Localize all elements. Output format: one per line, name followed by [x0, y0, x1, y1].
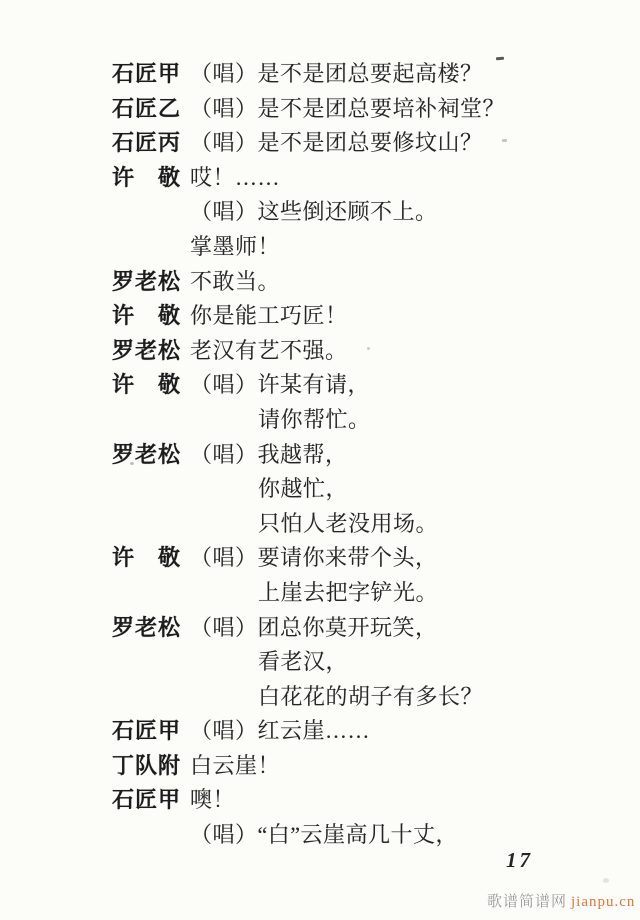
- script-line: 许 敬 你是能工巧匠！: [112, 299, 612, 334]
- dialogue-text: （唱）是不是团总要起高楼？: [190, 57, 483, 92]
- dialogue-text: 白云崖！: [190, 749, 280, 784]
- script-line: 只怕人老没用场。: [112, 507, 612, 542]
- dialogue-text: 上崖去把字铲光。: [190, 576, 438, 611]
- dialogue-text: 你是能工巧匠！: [190, 299, 348, 334]
- scan-artifact: [502, 139, 507, 142]
- page-number: 17: [506, 848, 533, 873]
- script-line: 罗老松 （唱）我越帮，: [112, 438, 612, 473]
- dialogue-text: （唱）许某有请，: [190, 368, 370, 403]
- dialogue-text: 看老汉，: [190, 645, 348, 680]
- speaker-name: 罗老松: [112, 438, 190, 473]
- scan-artifact: [147, 351, 150, 354]
- script-line: 罗老松 （唱）团总你莫开玩笑，: [112, 611, 612, 646]
- watermark: 歌谱简谱网jianpu.cn: [487, 890, 635, 911]
- speaker-name: 许 敬: [112, 299, 190, 334]
- script-line: 看老汉，: [112, 645, 612, 680]
- scan-artifact: [367, 347, 370, 350]
- dialogue-text: （唱）红云崖……: [190, 714, 370, 749]
- script-line: 罗老松 不敢当。: [112, 265, 612, 300]
- dialogue-text: 请你帮忙。: [190, 403, 371, 438]
- watermark-site-name: 歌谱简谱网: [487, 894, 567, 910]
- speaker-name: 罗老松: [112, 265, 190, 300]
- script-line: 石匠甲 （唱）红云崖……: [112, 714, 612, 749]
- dialogue-text: 不敢当。: [190, 265, 280, 300]
- script-line: 石匠丙 （唱）是不是团总要修坟山？: [112, 126, 612, 161]
- speaker-name: 许 敬: [112, 161, 190, 196]
- script-line: 许 敬 哎！……: [112, 161, 612, 196]
- dialogue-text: （唱）要请你来带个头，: [190, 541, 438, 576]
- scan-artifact: [603, 878, 609, 883]
- dialogue-text: 你越忙，: [190, 472, 348, 507]
- script-line: （唱）“白”云崖高几十丈，: [112, 818, 612, 853]
- dialogue-text: （唱）这些倒还顾不上。: [190, 195, 438, 230]
- scan-artifact: [130, 462, 134, 465]
- speaker-name: 许 敬: [112, 368, 190, 403]
- speaker-name: 罗老松: [112, 334, 190, 369]
- script-line: 白花花的胡子有多长？: [112, 680, 612, 715]
- dialogue-text: （唱）团总你莫开玩笑，: [190, 611, 438, 646]
- dialogue-text: 老汉有艺不强。: [190, 334, 348, 369]
- script-body: 石匠甲 （唱）是不是团总要起高楼？ 石匠乙 （唱）是不是团总要培补祠堂？ 石匠丙…: [112, 57, 612, 853]
- speaker-name: 丁队附: [112, 749, 190, 784]
- dialogue-text: （唱）“白”云崖高几十丈，: [190, 818, 458, 853]
- speaker-name: 石匠甲: [112, 783, 190, 818]
- dialogue-text: 只怕人老没用场。: [190, 507, 438, 542]
- script-line: 请你帮忙。: [112, 403, 612, 438]
- script-line: 石匠甲 噢！: [112, 783, 612, 818]
- speaker-name: 许 敬: [112, 541, 190, 576]
- speaker-name: 石匠甲: [112, 714, 190, 749]
- scan-artifact: [496, 57, 504, 61]
- script-line: 石匠甲 （唱）是不是团总要起高楼？: [112, 57, 612, 92]
- script-line: 罗老松 老汉有艺不强。: [112, 334, 612, 369]
- script-line: 丁队附 白云崖！: [112, 749, 612, 784]
- script-line: 你越忙，: [112, 472, 612, 507]
- dialogue-text: 掌墨师！: [190, 230, 280, 265]
- speaker-name: 石匠丙: [112, 126, 190, 161]
- script-line: 上崖去把字铲光。: [112, 576, 612, 611]
- watermark-site-url: jianpu.cn: [571, 894, 635, 910]
- speaker-name: 石匠乙: [112, 92, 190, 127]
- speaker-name: 罗老松: [112, 611, 190, 646]
- script-line: 掌墨师！: [112, 230, 612, 265]
- dialogue-text: （唱）是不是团总要修坟山？: [190, 126, 483, 161]
- dialogue-text: 白花花的胡子有多长？: [190, 680, 483, 715]
- script-line: （唱）这些倒还顾不上。: [112, 195, 612, 230]
- dialogue-text: （唱）我越帮，: [190, 438, 348, 473]
- dialogue-text: 噢！: [190, 783, 235, 818]
- script-line: 许 敬 （唱）许某有请，: [112, 368, 612, 403]
- script-line: 石匠乙 （唱）是不是团总要培补祠堂？: [112, 92, 612, 127]
- script-line: 许 敬 （唱）要请你来带个头，: [112, 541, 612, 576]
- dialogue-text: 哎！……: [190, 161, 280, 196]
- dialogue-text: （唱）是不是团总要培补祠堂？: [190, 92, 505, 127]
- scanned-script-page: 石匠甲 （唱）是不是团总要起高楼？ 石匠乙 （唱）是不是团总要培补祠堂？ 石匠丙…: [0, 0, 640, 920]
- speaker-name: 石匠甲: [112, 57, 190, 92]
